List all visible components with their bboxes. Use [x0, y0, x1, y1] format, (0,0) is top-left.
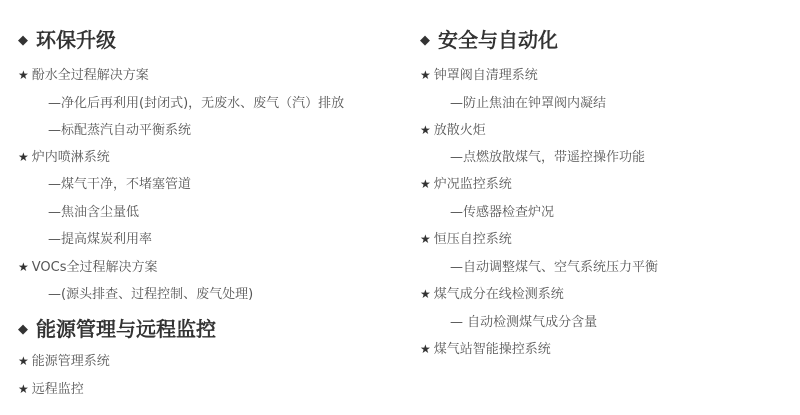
sub-item: —自动调整煤气、空气系统压力平衡	[450, 256, 658, 275]
sub-item: —煤气干净，不堵塞管道	[48, 173, 191, 192]
star-icon: ★	[420, 232, 431, 246]
section-heading-environmental: ◆环保升级	[18, 24, 116, 53]
list-item: ★放散火炬	[420, 119, 486, 138]
sub-item: — 自动检测煤气成分含量	[450, 311, 597, 330]
star-icon: ★	[420, 287, 431, 301]
star-icon: ★	[420, 123, 431, 137]
star-icon: ★	[420, 342, 431, 356]
list-item: ★能源管理系统	[18, 350, 110, 369]
list-item: ★煤气站智能操控系统	[420, 338, 551, 357]
list-item: ★恒压自控系统	[420, 228, 512, 247]
sub-item: —标配蒸汽自动平衡系统	[48, 119, 191, 138]
diamond-icon: ◆	[18, 322, 28, 337]
sub-item: —提高煤炭利用率	[48, 228, 152, 247]
star-icon: ★	[420, 68, 431, 82]
sub-item: —传感器检查炉况	[450, 201, 554, 220]
sub-item: —净化后再利用(封闭式)，无废水、废气（汽）排放	[48, 92, 344, 111]
sub-item: —防止焦油在钟罩阀内凝结	[450, 92, 606, 111]
star-icon: ★	[18, 260, 29, 274]
star-icon: ★	[18, 150, 29, 164]
star-icon: ★	[18, 382, 29, 396]
sub-item: —(源头排查、过程控制、废气处理)	[48, 283, 253, 302]
list-item: ★酚水全过程解决方案	[18, 64, 149, 83]
star-icon: ★	[18, 68, 29, 82]
star-icon: ★	[420, 177, 431, 191]
list-item: ★VOCs全过程解决方案	[18, 256, 158, 275]
diamond-icon: ◆	[18, 33, 28, 48]
sub-item: —焦油含尘量低	[48, 201, 139, 220]
section-heading-energy: ◆能源管理与远程监控	[18, 313, 216, 342]
list-item: ★炉内喷淋系统	[18, 146, 110, 165]
sub-item: —点燃放散煤气，带遥控操作功能	[450, 146, 645, 165]
diamond-icon: ◆	[420, 33, 430, 48]
star-icon: ★	[18, 354, 29, 368]
list-item: ★远程监控	[18, 378, 84, 397]
list-item: ★炉况监控系统	[420, 173, 512, 192]
section-heading-safety: ◆安全与自动化	[420, 24, 558, 53]
list-item: ★钟罩阀自清理系统	[420, 64, 538, 83]
list-item: ★煤气成分在线检测系统	[420, 283, 564, 302]
